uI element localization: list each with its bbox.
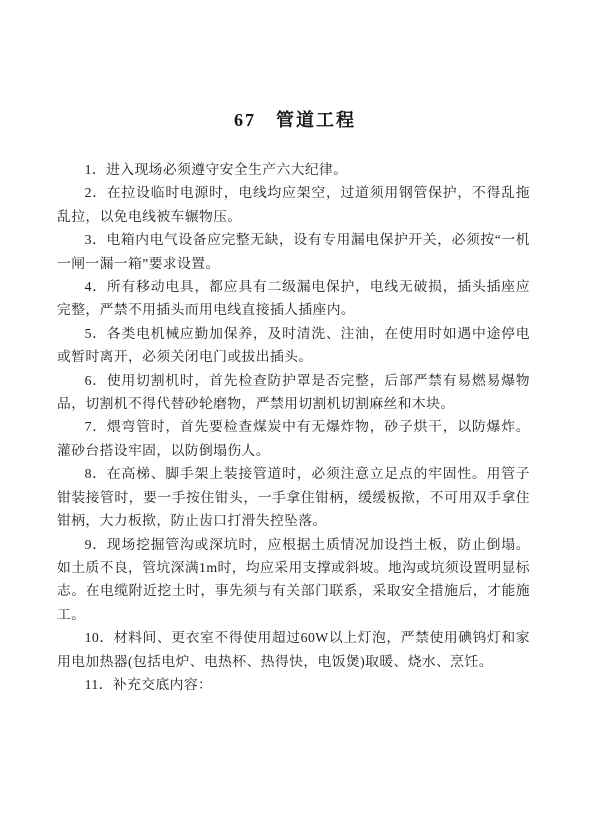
document-page: 67 管道工程 1．进入现场必须遵守安全生产六大纪律。2．在拉设临时电源时，电线…	[0, 0, 590, 835]
clause-paragraph: 11．补充交底内容：	[57, 673, 530, 696]
clause-paragraph: 9．现场挖掘管沟或深坑时，应根据土质情况加设挡土板，防止倒塌。如土质不良，管坑深…	[57, 533, 530, 627]
clause-paragraph: 8．在高梯、脚手架上装接管道时，必须注意立足点的牢固性。用管子钳装接管时，要一手…	[57, 462, 530, 532]
clause-paragraph: 2．在拉设临时电源时，电线均应架空，过道须用钢管保护，不得乱拖乱拉，以免电线被车…	[57, 181, 530, 228]
page-title: 67 管道工程	[0, 0, 590, 132]
clause-paragraph: 6．使用切割机时，首先检查防护罩是否完整，后部严禁有易燃易爆物品，切割机不得代替…	[57, 369, 530, 416]
clause-paragraph: 5．各类电机械应勤加保养，及时清洗、注油，在使用时如遇中途停电或暂时离开，必须关…	[57, 322, 530, 369]
clause-paragraph: 3．电箱内电气设备应完整无缺，设有专用漏电保护开关，必须按“一机一闸一漏一箱”要…	[57, 228, 530, 275]
clause-paragraph: 10．材料间、更衣室不得使用超过60W以上灯泡，严禁使用碘钨灯和家用电加热器(包…	[57, 626, 530, 673]
document-body: 1．进入现场必须遵守安全生产六大纪律。2．在拉设临时电源时，电线均应架空，过道须…	[57, 158, 530, 696]
clause-paragraph: 7．煨弯管时，首先要检查煤炭中有无爆炸物，砂子烘干，以防爆炸。灌砂台搭设牢固，以…	[57, 415, 530, 462]
clause-paragraph: 1．进入现场必须遵守安全生产六大纪律。	[57, 158, 530, 181]
clause-paragraph: 4．所有移动电具，都应具有二级漏电保护，电线无破损，插头插座应完整，严禁不用插头…	[57, 275, 530, 322]
